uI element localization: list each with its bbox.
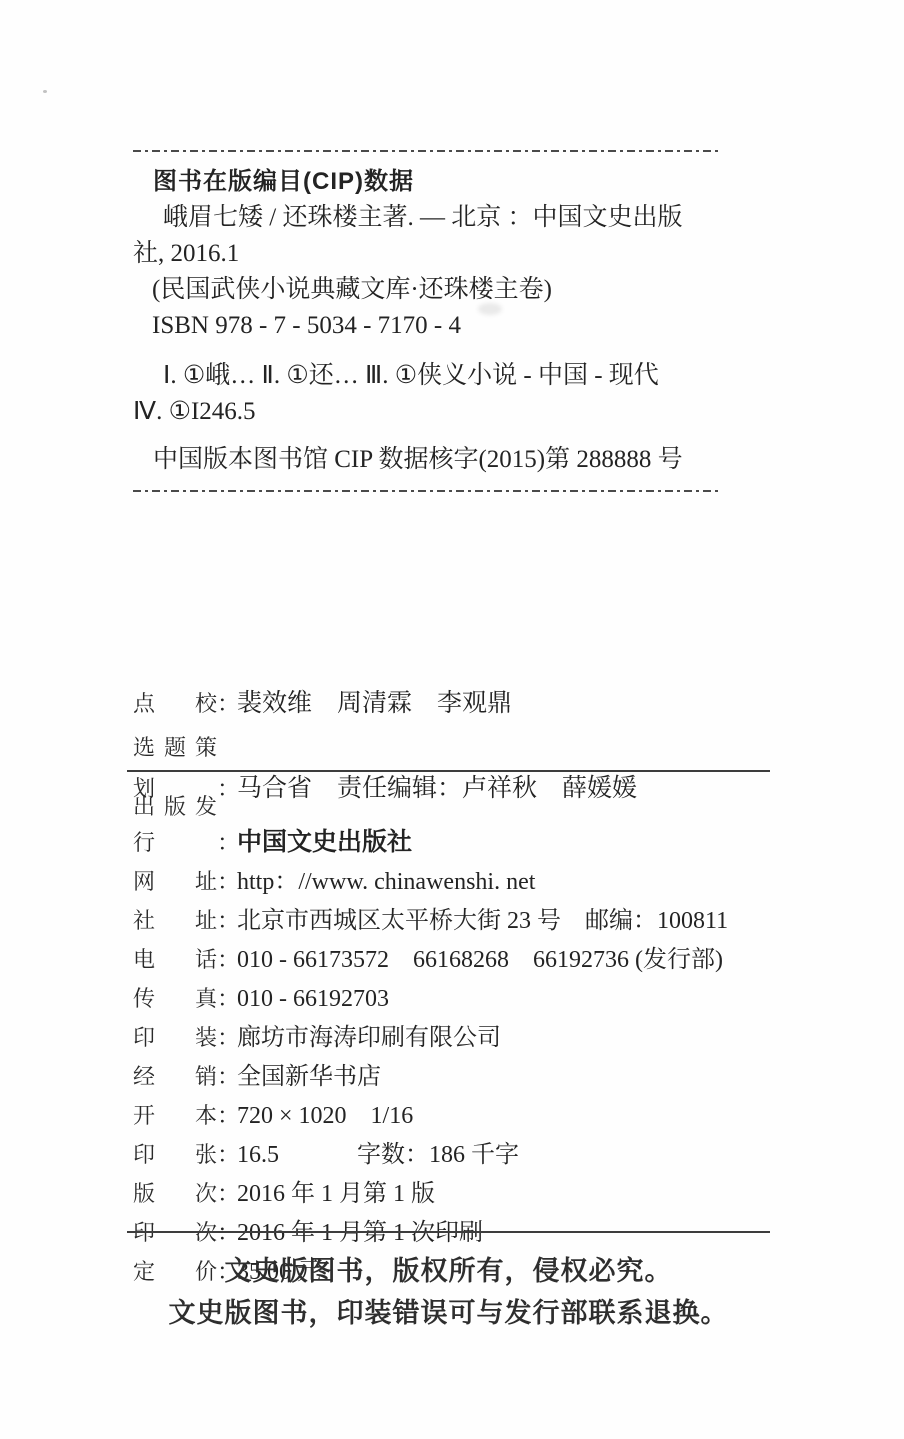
row-format: 开本：720 × 1020 1/16	[133, 1098, 793, 1137]
row-label: 版次	[133, 1176, 217, 1212]
row-edition: 版次：2016 年 1 月第 1 版	[133, 1176, 793, 1215]
copyright-notices: 文史版图书，版权所有，侵权必究。 文史版图书，印装错误可与发行部联系退换。	[127, 1250, 770, 1334]
dashed-divider-bottom	[133, 490, 718, 492]
row-label: 出版发行	[133, 789, 217, 861]
row-label: 印装	[133, 1020, 217, 1056]
dashed-divider-top	[133, 150, 718, 152]
notice-copyright: 文史版图书，版权所有，侵权必究。	[127, 1250, 770, 1292]
row-label: 印张	[133, 1137, 217, 1173]
horizontal-rule-top	[127, 770, 770, 772]
row-colon: ：	[217, 683, 237, 724]
row-distributor: 经销：全国新华书店	[133, 1059, 793, 1098]
row-colon: ：	[217, 1215, 237, 1251]
row-label: 社址	[133, 903, 217, 939]
book-copyright-page: 图书在版编目(CIP)数据 峨眉七矮 / 还珠楼主著. — 北京 ：中国文史出版…	[0, 0, 904, 1439]
cip-line-title-statement-cont: 社, 2016.1	[133, 236, 718, 272]
row-value: 廊坊市海涛印刷有限公司	[237, 1025, 501, 1051]
row-label: 传真	[133, 981, 217, 1017]
row-label: 电话	[133, 942, 217, 978]
cip-block: 图书在版编目(CIP)数据 峨眉七矮 / 还珠楼主著. — 北京 ：中国文史出版…	[133, 150, 718, 492]
row-phone: 电话：010 - 66173572 66168268 66192736 (发行部…	[133, 942, 793, 981]
row-value: 2016 年 1 月第 1 版	[237, 1181, 435, 1207]
cip-line-registration-number: 中国版本图书馆 CIP 数据核字(2015)第 288888 号	[133, 442, 718, 478]
row-proofreaders: 点校：裴效维 周清霖 李观鼎	[133, 683, 773, 727]
row-colon: ：	[217, 1098, 237, 1134]
row-address: 社址：北京市西城区太平桥大街 23 号 邮编：100811	[133, 903, 793, 942]
cip-line-isbn: ISBN 978 - 7 - 5034 - 7170 - 4	[133, 308, 718, 344]
row-value: 16.5 字数：186 千字	[237, 1142, 519, 1168]
row-publisher: 出版发行：中国文史出版社	[133, 789, 793, 864]
row-colon: ：	[217, 1059, 237, 1095]
row-value: 010 - 66173572 66168268 66192736 (发行部)	[237, 947, 723, 973]
publication-info-table: 出版发行：中国文史出版社 网址：http：//www. chinawenshi.…	[133, 789, 793, 1293]
row-label: 经销	[133, 1059, 217, 1095]
row-colon: ：	[217, 942, 237, 978]
cip-line-classification-cont: Ⅳ. ①I246.5	[133, 394, 718, 430]
row-value: 中国文史出版社	[237, 828, 412, 856]
row-value: 全国新华书店	[237, 1064, 381, 1090]
row-colon: ：	[217, 1176, 237, 1212]
row-label: 网址	[133, 864, 217, 900]
row-colon: ：	[217, 981, 237, 1017]
row-label: 开本	[133, 1098, 217, 1134]
row-value: 裴效维 周清霖 李观鼎	[237, 690, 512, 717]
row-colon: ：	[217, 1020, 237, 1056]
row-sheets-wordcount: 印张：16.5 字数：186 千字	[133, 1137, 793, 1176]
row-value: http：//www. chinawenshi. net	[237, 869, 535, 895]
cip-line-title-statement: 峨眉七矮 / 还珠楼主著. — 北京 ：中国文史出版	[133, 200, 718, 236]
row-fax: 传真：010 - 66192703	[133, 981, 793, 1020]
row-colon: ：	[217, 903, 237, 939]
cip-line-classification: Ⅰ. ①峨… Ⅱ. ①还… Ⅲ. ①侠义小说 - 中国 - 现代	[133, 358, 718, 394]
row-label: 印次	[133, 1215, 217, 1251]
row-colon: ：	[217, 1137, 237, 1173]
row-value: 720 × 1020 1/16	[237, 1103, 413, 1129]
cip-title: 图书在版编目(CIP)数据	[133, 164, 718, 200]
cip-line-series: (民国武侠小说典藏文库·还珠楼主卷)	[133, 272, 718, 308]
horizontal-rule-bottom	[127, 1231, 770, 1233]
row-value: 010 - 66192703	[237, 986, 389, 1012]
notice-returns: 文史版图书，印装错误可与发行部联系退换。	[127, 1292, 770, 1334]
row-impression: 印次：2016 年 1 月第 1 次印刷	[133, 1215, 793, 1254]
row-colon: ：	[217, 825, 237, 861]
row-value: 2016 年 1 月第 1 次印刷	[237, 1220, 483, 1246]
row-printer: 印装：廊坊市海涛印刷有限公司	[133, 1020, 793, 1059]
row-colon: ：	[217, 864, 237, 900]
row-label: 点校	[133, 683, 217, 724]
row-value: 北京市西城区太平桥大街 23 号 邮编：100811	[237, 908, 728, 934]
scan-speck-artifact	[43, 90, 47, 93]
row-website: 网址：http：//www. chinawenshi. net	[133, 864, 793, 903]
